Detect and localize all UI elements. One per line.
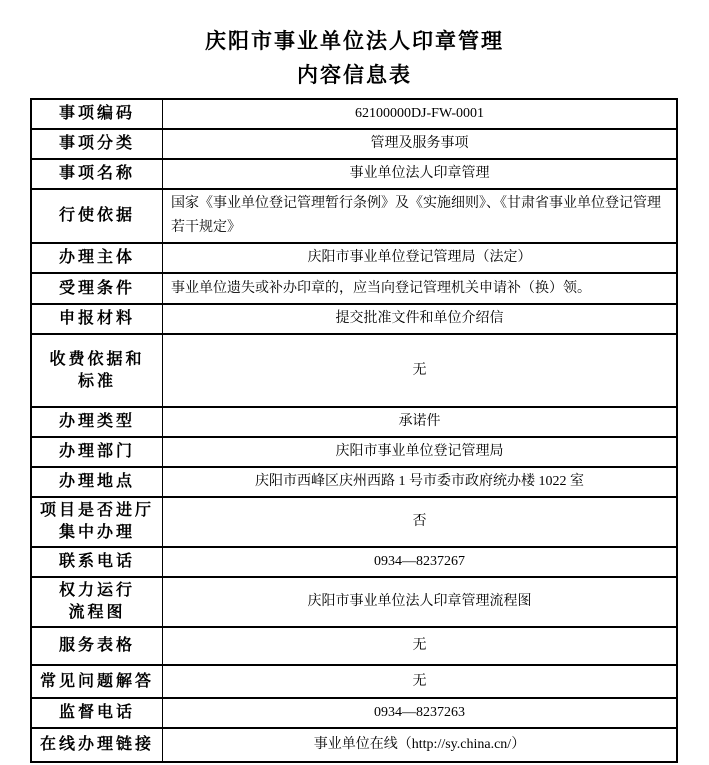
row-value: 无 [163,628,676,664]
row-label: 项目是否进厅 集中办理 [32,498,163,546]
row-value: 事业单位在线（http://sy.china.cn/） [163,729,676,761]
row-value: 否 [163,498,676,546]
table-row: 权力运行 流程图 庆阳市事业单位法人印章管理流程图 [32,578,676,628]
table-row: 行使依据 国家《事业单位登记管理暂行条例》及《实施细则》、《甘肃省事业单位登记管… [32,190,676,244]
page-title: 庆阳市事业单位法人印章管理 内容信息表 [0,24,709,92]
table-row: 常见问题解答 无 [32,666,676,699]
row-value: 无 [163,666,676,697]
row-label: 事项名称 [32,160,163,188]
info-table: 事项编码 62100000DJ-FW-0001 事项分类 管理及服务事项 事项名… [30,98,678,763]
table-row: 办理主体 庆阳市事业单位登记管理局（法定） [32,244,676,274]
row-label: 申报材料 [32,305,163,333]
row-label: 监督电话 [32,699,163,727]
table-row: 监督电话 0934—8237263 [32,699,676,729]
table-row: 在线办理链接 事业单位在线（http://sy.china.cn/） [32,729,676,761]
row-label: 联系电话 [32,548,163,576]
row-value: 0934—8237263 [163,699,676,727]
row-value: 庆阳市事业单位登记管理局 [163,438,676,466]
page-title-line-2: 内容信息表 [0,58,709,92]
row-label: 常见问题解答 [32,666,163,697]
row-value: 无 [163,335,676,406]
table-row: 申报材料 提交批准文件和单位介绍信 [32,305,676,335]
row-label: 办理部门 [32,438,163,466]
table-row: 事项编码 62100000DJ-FW-0001 [32,100,676,130]
row-label: 办理类型 [32,408,163,436]
row-value: 承诺件 [163,408,676,436]
row-value: 庆阳市西峰区庆州西路 1 号市委市政府统办楼 1022 室 [163,468,676,496]
row-value: 管理及服务事项 [163,130,676,158]
row-label: 在线办理链接 [32,729,163,761]
table-row: 服务表格 无 [32,628,676,666]
page-title-line-1: 庆阳市事业单位法人印章管理 [0,24,709,58]
row-value: 提交批准文件和单位介绍信 [163,305,676,333]
row-label: 行使依据 [32,190,163,242]
row-label: 事项编码 [32,100,163,128]
row-value: 事业单位遗失或补办印章的，应当向登记管理机关申请补（换）领。 [163,274,676,303]
row-value: 庆阳市事业单位登记管理局（法定） [163,244,676,272]
table-row: 办理类型 承诺件 [32,408,676,438]
table-row: 事项分类 管理及服务事项 [32,130,676,160]
row-label: 办理地点 [32,468,163,496]
row-value: 62100000DJ-FW-0001 [163,100,676,128]
table-row: 项目是否进厅 集中办理 否 [32,498,676,548]
row-value: 0934—8237267 [163,548,676,576]
table-row: 受理条件 事业单位遗失或补办印章的，应当向登记管理机关申请补（换）领。 [32,274,676,305]
row-label: 受理条件 [32,274,163,303]
table-row: 收费依据和 标准 无 [32,335,676,408]
row-label: 服务表格 [32,628,163,664]
table-row: 事项名称 事业单位法人印章管理 [32,160,676,190]
table-row: 联系电话 0934—8237267 [32,548,676,578]
row-label: 收费依据和 标准 [32,335,163,406]
row-label: 事项分类 [32,130,163,158]
row-value: 国家《事业单位登记管理暂行条例》及《实施细则》、《甘肃省事业单位登记管理若干规定… [163,190,676,242]
row-value: 事业单位法人印章管理 [163,160,676,188]
table-row: 办理部门 庆阳市事业单位登记管理局 [32,438,676,468]
row-label: 办理主体 [32,244,163,272]
row-label: 权力运行 流程图 [32,578,163,626]
table-row: 办理地点 庆阳市西峰区庆州西路 1 号市委市政府统办楼 1022 室 [32,468,676,498]
row-value: 庆阳市事业单位法人印章管理流程图 [163,578,676,626]
